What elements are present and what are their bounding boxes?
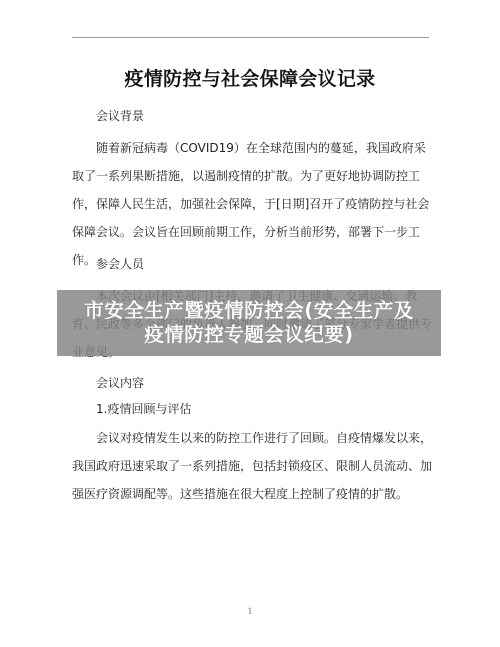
section-paragraph-background: 随着新冠病毒（COVID19）在全球范围内的蔓延，我国政府采取了一系列果断措施，… <box>72 134 432 274</box>
section-subheading-review: 1.疫情回顾与评估 <box>96 401 191 417</box>
section-paragraph-review: 会议对疫情发生以来的防控工作进行了回顾。自疫情爆发以来，我国政府迅速采取了一系列… <box>72 424 432 508</box>
page-number: 1 <box>0 607 500 616</box>
section-heading-background: 会议背景 <box>96 108 144 124</box>
header-rule <box>72 37 429 38</box>
title-overlay-banner: 市安全生产暨疫情防控会(安全生产及 疫情防控专题会议纪要) <box>57 290 441 356</box>
section-heading-attendees: 参会人员 <box>96 256 144 272</box>
banner-title-line-1: 市安全生产暨疫情防控会(安全生产及 <box>84 299 413 323</box>
section-heading-content: 会议内容 <box>96 375 144 391</box>
banner-title-line-2: 疫情防控专题会议纪要) <box>144 323 353 347</box>
document-title: 疫情防控与社会保障会议记录 <box>0 64 500 91</box>
